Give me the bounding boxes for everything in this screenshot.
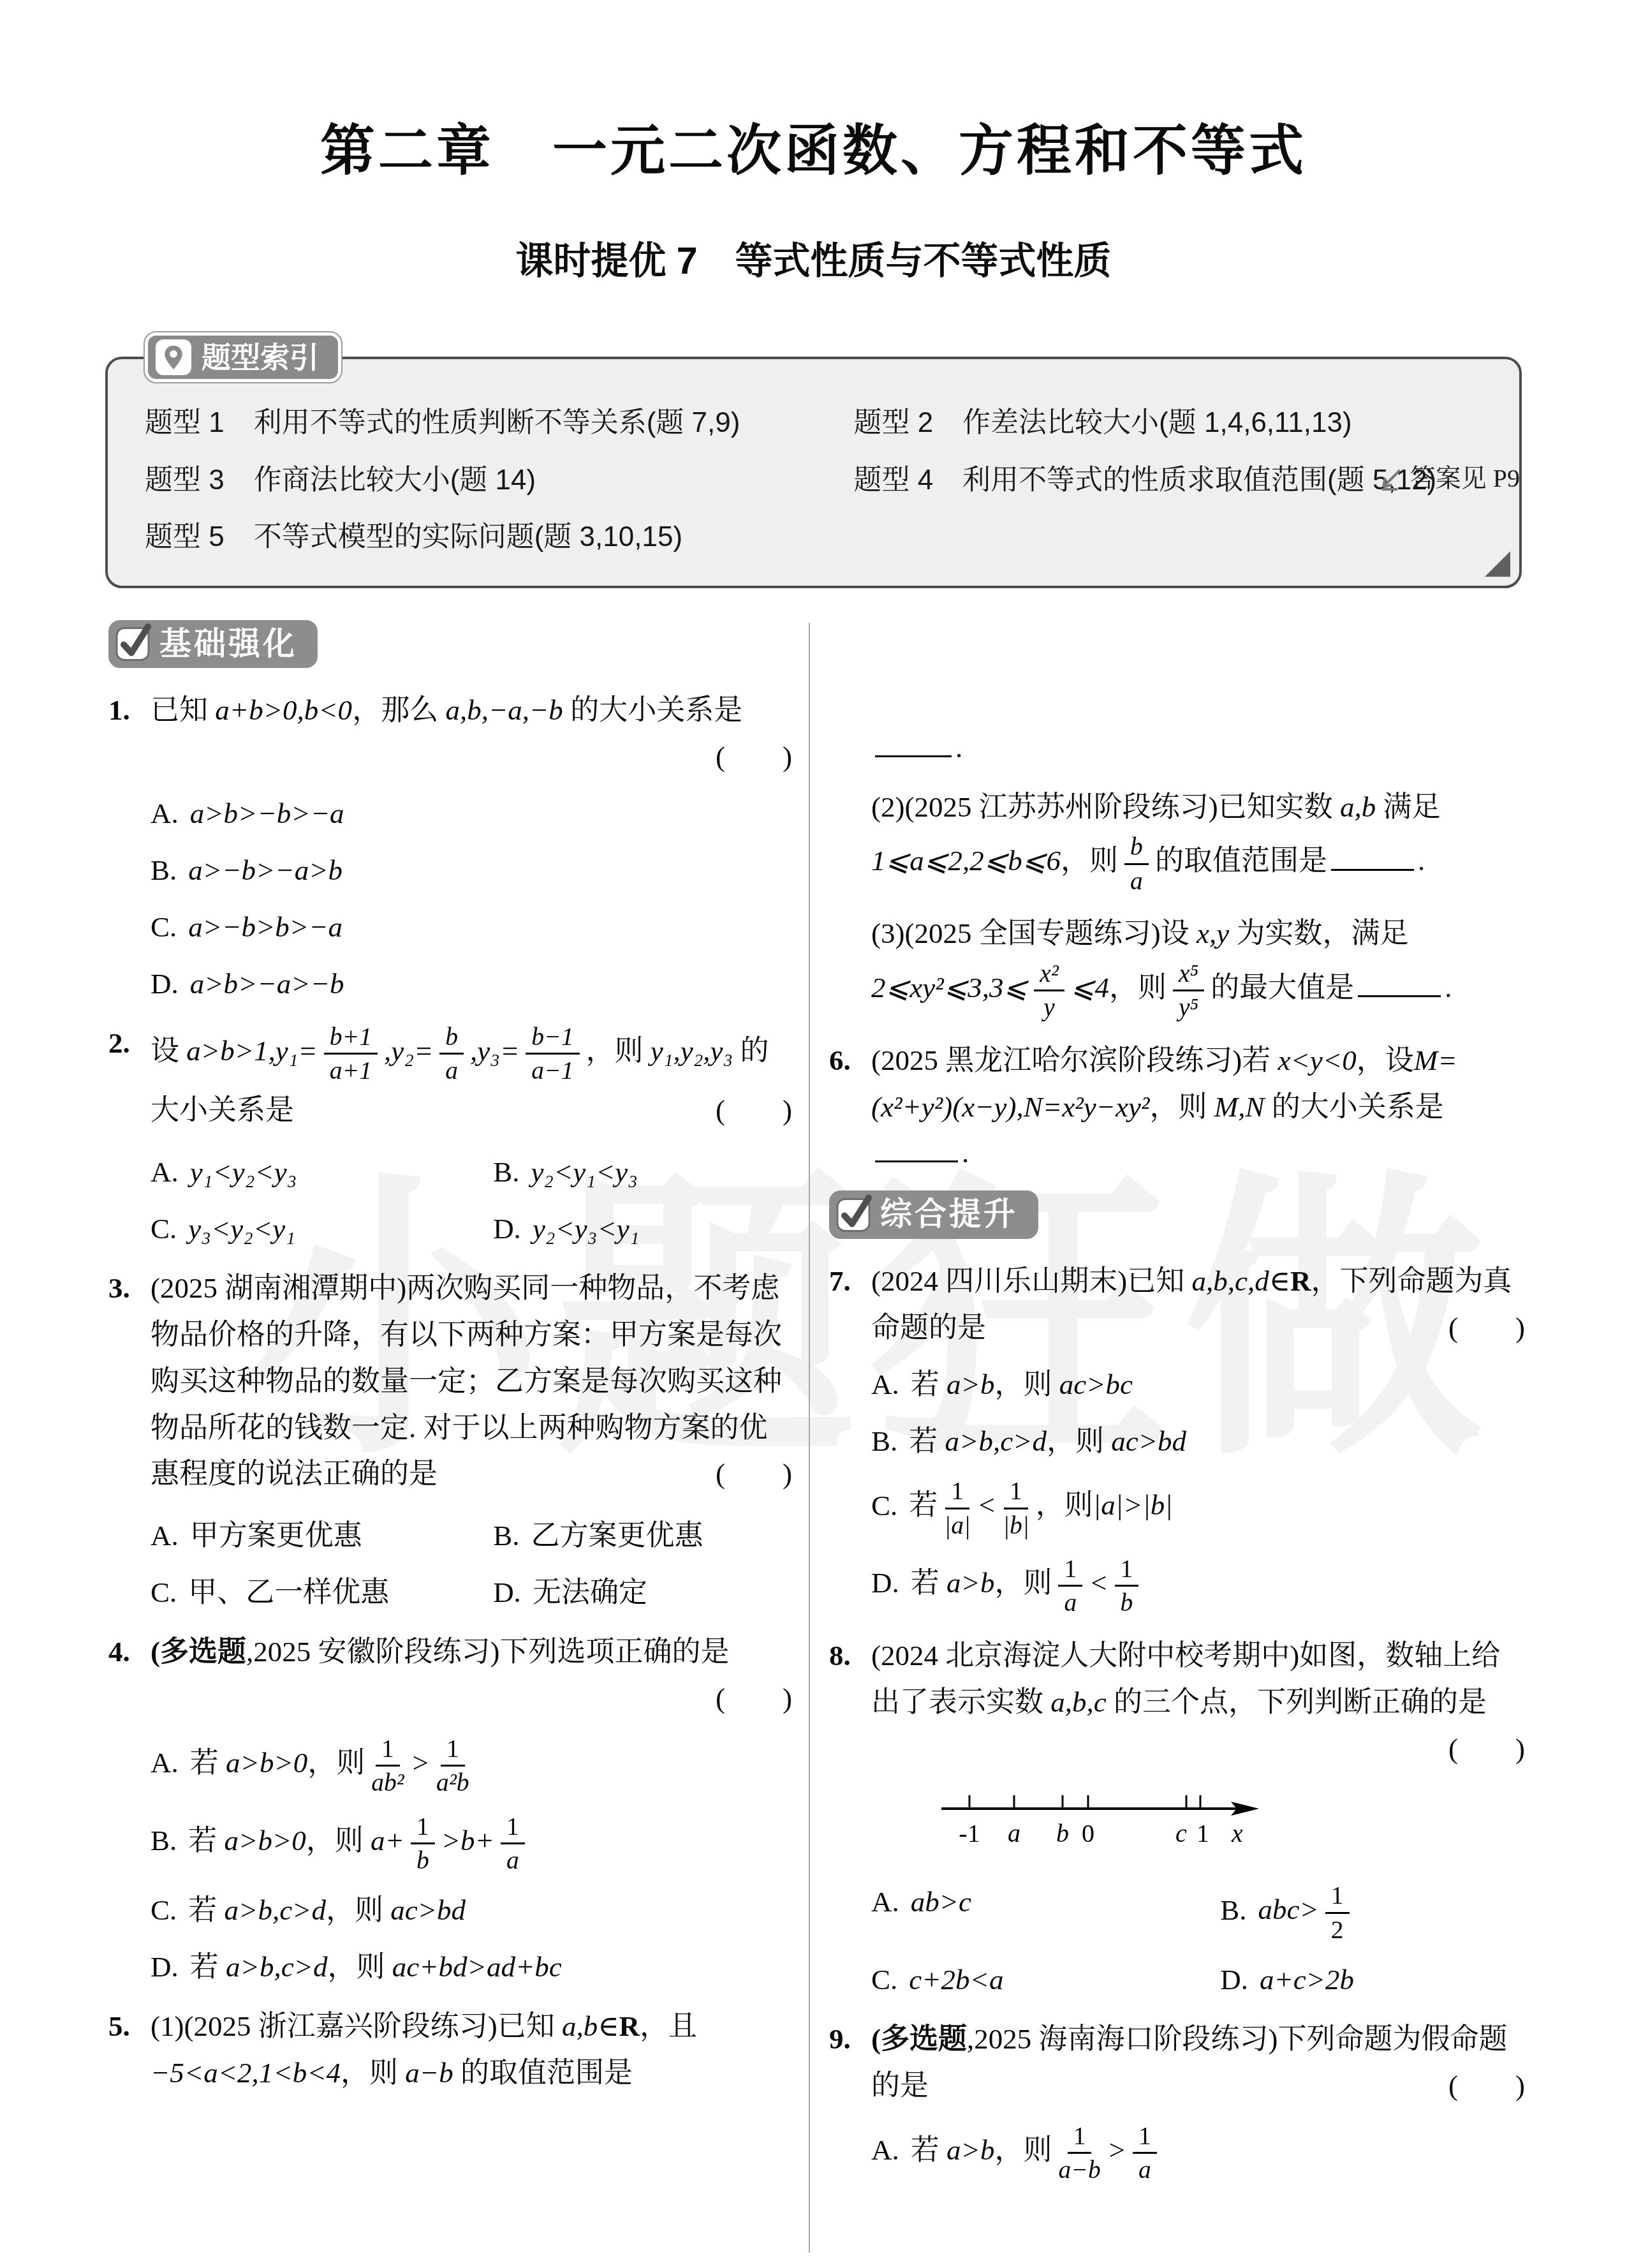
answer-ref: 答案见 P9 [1378, 458, 1520, 500]
options: A.若 a>b，则 ac>bcB.若 a>b,c>d，则 ac>bdC.若1|a… [871, 1361, 1525, 1620]
problem-stem: (3)(2025 全国专题练习)设 x,y 为实数，满足 2⩽xy²⩽3,3⩽x… [871, 910, 1525, 1025]
problem-stem: (2)(2025 江苏苏州阶段练习)已知实数 a,b 满足1⩽a⩽2,2⩽b⩽6… [871, 784, 1525, 898]
option-label: D. [493, 1213, 521, 1245]
text: . [955, 732, 962, 764]
math: x,y [1196, 917, 1229, 949]
problem-body: (2024 北京海淀人大附中校考期中)如图，数轴上给出了表示实数 a,b,c 的… [871, 1633, 1525, 2003]
math: a>b,c>d [225, 1894, 326, 1926]
math: −5<a<2,1<b<4 [151, 2057, 341, 2089]
option-label: D. [493, 1576, 521, 1608]
problem-number [829, 910, 871, 1025]
fraction: 1|a| [944, 1477, 971, 1539]
text: ，则 [341, 2057, 405, 2089]
text: 的取值范围是 [453, 2057, 633, 2089]
text: . [1445, 972, 1452, 1004]
problem-5: 5.(1)(2025 浙江嘉兴阶段练习)已知 a,b∈R，且−5<a<2,1<b… [108, 2003, 792, 2096]
option-label: B. [871, 1425, 897, 1457]
problem-5-part-1-blank: . [829, 725, 1525, 771]
text: 为实数，满足 [1229, 917, 1408, 949]
text: 无法确定 [533, 1576, 647, 1608]
problem-number: 9. [829, 2016, 871, 2186]
numberline-label: 1 [1196, 1819, 1209, 1848]
problem-body: (多选题,2025 海南海口阶段练习)下列命题为假命题的是( )A.若 a>b，… [871, 2016, 1525, 2186]
numberline-label: x [1231, 1819, 1243, 1848]
option-problem-1-B: B.a>−b>−a>b [151, 847, 792, 894]
option-problem-3-B: B.乙方案更优惠 [493, 1513, 792, 1559]
option-problem-4-A: A.若 a>b>0，则1ab²>1a²b [151, 1732, 792, 1800]
problem-body: (2)(2025 江苏苏州阶段练习)已知实数 a,b 满足1⩽a⩽2,2⩽b⩽6… [871, 784, 1525, 898]
text: ,2025 安徽阶段练习)下列选项正确的是 [246, 1636, 730, 1668]
option-problem-4-D: D.若 a>b,c>d，则 ac+bd>ad+bc [151, 1944, 792, 1990]
math: ac>bd [390, 1894, 466, 1926]
option-label: B. [493, 1520, 519, 1552]
column-divider [809, 623, 810, 2253]
text: ,2025 海南海口阶段练习)下列命题为假命题的是 [871, 2023, 1508, 2101]
answer-paren: ( ) [716, 1675, 792, 1722]
section-badge-basic: 基础强化 [108, 620, 318, 669]
text: ，设 [1357, 1044, 1414, 1076]
text: ，则 [994, 2134, 1052, 2166]
options: A.甲方案更优惠B.乙方案更优惠C.甲、乙一样优惠D.无法确定 [151, 1502, 792, 1616]
option-problem-2-C: C.y₃<y₂<y₁ [151, 1206, 485, 1252]
text: 若 [911, 1567, 946, 1599]
answer-paren: ( ) [1448, 1726, 1525, 1772]
text: ，则 [1109, 972, 1167, 1004]
problem-body: (多选题,2025 安徽阶段练习)下列选项正确的是( )A.若 a>b>0，则1… [151, 1629, 792, 1990]
problem-number [829, 725, 871, 771]
option-label: C. [151, 1576, 177, 1608]
math: a>b>0 [226, 1747, 307, 1779]
option-label: C. [151, 911, 177, 943]
option-problem-4-B: B.若 a>b>0，则 a+1b>b+1a [151, 1810, 792, 1878]
text: ，则 [994, 1567, 1052, 1599]
answer-blank [1358, 970, 1441, 998]
problem-stem: 设 a>b>1,y₁=b+1a+1,y₂=ba,y₃=b−1a−1，则 y₁,y… [151, 1020, 792, 1134]
math: abc> [1258, 1894, 1318, 1926]
option-label: D. [151, 1951, 179, 1983]
problem-2: 2.设 a>b>1,y₁=b+1a+1,y₂=ba,y₃=b−1a−1，则 y₁… [108, 1020, 792, 1252]
math: a>b,c>d [945, 1425, 1047, 1457]
text: 满足 [1376, 791, 1440, 823]
math: a>b [946, 1368, 994, 1400]
text: 甲、乙一样优惠 [188, 1576, 389, 1608]
option-label: C. [871, 1964, 897, 1996]
math: a>−b>−a>b [188, 854, 342, 886]
section-badge-label: 综合提升 [880, 1196, 1018, 1233]
index-item: 题型 3作商法比较大小(题 14) [145, 461, 853, 499]
problem-8: 8.(2024 北京海淀人大附中校考期中)如图，数轴上给出了表示实数 a,b,c… [829, 1633, 1525, 2003]
text: (2025 湖南湘潭期中)两次购买同一种物品，不考虑物品价格的升降，有以下两种方… [151, 1272, 782, 1490]
problem-stem: (多选题,2025 海南海口阶段练习)下列命题为假命题的是( ) [871, 2016, 1525, 2109]
math: a+ [371, 1825, 404, 1857]
text: 的大小关系是 [1264, 1091, 1443, 1123]
page-title: 第二章 一元二次函数、方程和不等式 [0, 121, 1627, 182]
math: c+2b<a [909, 1964, 1003, 1996]
option-problem-3-C: C.甲、乙一样优惠 [151, 1569, 485, 1616]
option-label: D. [151, 968, 179, 1000]
text: 若 [909, 1490, 938, 1522]
option-label: B. [1220, 1894, 1246, 1926]
math: ,y₂= [384, 1035, 433, 1067]
text: 若 [190, 1747, 226, 1779]
index-item-desc: 作商法比较大小(题 14) [254, 461, 536, 499]
math: > [1107, 2134, 1126, 2166]
math: ⩽4 [1071, 972, 1109, 1004]
answer-paren: ( ) [1448, 2063, 1525, 2109]
problem-stem: 已知 a+b>0,b<0，那么 a,b,−a,−b 的大小关系是( ) [151, 687, 792, 780]
check-icon-wrap [115, 622, 153, 663]
math: a+c>2b [1260, 1964, 1354, 1996]
answer-blank [1331, 843, 1414, 871]
pin-icon [156, 339, 191, 375]
math: < [977, 1490, 996, 1522]
fraction: b+1a+1 [324, 1023, 378, 1085]
index-item-label: 题型 1 [145, 404, 225, 441]
option-label: B. [151, 1825, 177, 1857]
math: x<y<0 [1277, 1044, 1356, 1076]
index-item-desc: 利用不等式的性质求取值范围(题 5,12) [962, 461, 1436, 499]
check-icon [836, 1193, 874, 1234]
index-item-label: 题型 4 [853, 461, 933, 499]
option-label: C. [871, 1490, 897, 1522]
numberline-figure-wrap: -1ab0c1x [932, 1783, 1525, 1864]
problem-number: 8. [829, 1633, 871, 2003]
fraction: 12 [1325, 1881, 1350, 1944]
text: 若 [188, 1894, 224, 1926]
option-label: A. [151, 797, 179, 829]
text: ，则 [994, 1368, 1059, 1400]
index-item-desc: 利用不等式的性质判断不等关系(题 7,9) [254, 404, 740, 441]
text: 若 [190, 1951, 226, 1983]
index-item-desc: 不等式模型的实际问题(题 3,10,15) [254, 518, 682, 556]
fraction: b−1a−1 [526, 1023, 579, 1085]
option-label: A. [871, 2134, 899, 2166]
text: ，则 [306, 1825, 371, 1857]
index-item-label: 题型 2 [853, 404, 933, 441]
math: ∈ [1269, 1265, 1290, 1297]
index-item-label: 题型 3 [145, 461, 225, 499]
text: . [1418, 845, 1425, 877]
left-column: 基础强化1.已知 a+b>0,b<0，那么 a,b,−a,−b 的大小关系是( … [108, 619, 792, 2109]
text: ，则 [307, 1747, 365, 1779]
text: (2)(2025 江苏苏州阶段练习)已知实数 [871, 791, 1340, 823]
index-box: 题型索引 题型 1利用不等式的性质判断不等关系(题 7,9)题型 3作商法比较大… [105, 357, 1522, 588]
option-problem-3-D: D.无法确定 [493, 1569, 792, 1616]
problem-5-part-3: (3)(2025 全国专题练习)设 x,y 为实数，满足 2⩽xy²⩽3,3⩽x… [829, 910, 1525, 1025]
worksheet-page: 小题狂做 第二章 一元二次函数、方程和不等式 课时提优 7 等式性质与不等式性质… [0, 0, 1627, 2268]
math: a−b [405, 2057, 453, 2089]
text: (2025 黑龙江哈尔滨阶段练习)若 [871, 1044, 1277, 1076]
bold-text: (多选题 [871, 2023, 967, 2055]
math: a,b,c [1050, 1686, 1106, 1718]
math: a,b [1340, 791, 1376, 823]
option-problem-1-A: A.a>b>−b>−a [151, 790, 792, 837]
math: M,N [1214, 1091, 1265, 1123]
text: 乙方案更优惠 [531, 1520, 703, 1552]
math: a+b>0,b<0 [215, 694, 352, 726]
problem-number: 5. [108, 2003, 151, 2096]
text: ，则 [1061, 845, 1118, 877]
option-label: B. [151, 854, 177, 886]
math: a>b>−b>−a [190, 797, 344, 829]
text: 若 [911, 2134, 946, 2166]
index-tab-label: 题型索引 [202, 341, 319, 374]
option-label: B. [493, 1156, 519, 1188]
text: ，则 [1149, 1091, 1214, 1123]
problem-body: . [871, 725, 1525, 771]
fraction: 1ab² [371, 1735, 404, 1797]
option-label: C. [151, 1213, 177, 1245]
text: 若 [909, 1425, 945, 1457]
math: ab>c [911, 1886, 971, 1918]
option-label: D. [1220, 1964, 1248, 1996]
option-problem-7-B: B.若 a>b,c>d，则 ac>bd [871, 1418, 1525, 1465]
index-item: 题型 5不等式模型的实际问题(题 3,10,15) [145, 518, 853, 556]
fraction: 1a [501, 1812, 525, 1875]
problem-stem: (2024 北京海淀人大附中校考期中)如图，数轴上给出了表示实数 a,b,c 的… [871, 1633, 1525, 1772]
text: (1)(2025 浙江嘉兴阶段练习)已知 [151, 2010, 562, 2042]
option-problem-2-B: B.y₂<y₁<y₃ [493, 1149, 792, 1196]
problem-stem: . [871, 725, 1525, 771]
option-label: A. [151, 1747, 179, 1779]
answer-paren: ( ) [716, 1087, 792, 1134]
problem-1: 1.已知 a+b>0,b<0，那么 a,b,−a,−b 的大小关系是( )A.a… [108, 687, 792, 1007]
fraction: 1a [1058, 1555, 1082, 1617]
text: ，则 [1047, 1425, 1111, 1457]
option-problem-3-A: A.甲方案更优惠 [151, 1513, 485, 1559]
problem-9: 9.(多选题,2025 海南海口阶段练习)下列命题为假命题的是( )A.若 a>… [829, 2016, 1525, 2186]
answer-paren: ( ) [716, 734, 792, 780]
math: a>b,c>d [226, 1951, 327, 1983]
option-problem-7-A: A.若 a>b，则 ac>bc [871, 1361, 1525, 1408]
answer-paren: ( ) [1448, 1305, 1525, 1351]
index-item-label: 题型 5 [145, 518, 225, 556]
numberline-figure: -1ab0c1x [932, 1783, 1264, 1849]
math: y₁,y₂,y₃ [651, 1035, 733, 1067]
page-subtitle: 课时提优 7 等式性质与不等式性质 [0, 241, 1627, 282]
fraction: 1|b| [1003, 1477, 1029, 1539]
text: 已知 [151, 694, 215, 726]
problem-body: 已知 a+b>0,b<0，那么 a,b,−a,−b 的大小关系是( )A.a>b… [151, 687, 792, 1007]
problem-number: 1. [108, 687, 151, 1007]
numberline-label: c [1175, 1819, 1187, 1848]
text: (2024 四川乐山期末)已知 [871, 1265, 1191, 1297]
option-problem-8-B: B.abc>12 [1220, 1879, 1525, 1946]
math: a>b>1,y₁= [186, 1035, 317, 1067]
problem-stem: (多选题,2025 安徽阶段练习)下列选项正确的是( ) [151, 1629, 792, 1722]
math: y₂<y₁<y₃ [531, 1156, 638, 1188]
fraction: 1a−b [1058, 2122, 1100, 2184]
math: y₃<y₂<y₁ [188, 1213, 295, 1245]
fraction: x²y [1034, 960, 1064, 1022]
option-problem-8-C: C.c+2b<a [871, 1957, 1212, 2003]
fraction: 1a [1133, 2122, 1157, 2184]
problem-stem: (2025 湖南湘潭期中)两次购买同一种物品，不考虑物品价格的升降，有以下两种方… [151, 1265, 792, 1497]
math: < [1089, 1567, 1108, 1599]
option-problem-1-D: D.a>b>−a>−b [151, 961, 792, 1007]
options: A.若 a>b，则1a−b>1a [871, 2119, 1525, 2187]
answer-blank [875, 729, 952, 757]
problem-3: 3.(2025 湖南湘潭期中)两次购买同一种物品，不考虑物品价格的升降，有以下两… [108, 1265, 792, 1616]
option-label: A. [871, 1886, 899, 1918]
text: ，则 [326, 1894, 390, 1926]
right-column: .(2)(2025 江苏苏州阶段练习)已知实数 a,b 满足1⩽a⩽2,2⩽b⩽… [829, 619, 1525, 2200]
text: ，则 [1036, 1490, 1093, 1522]
math: a>b [946, 2134, 994, 2166]
section-badge-advanced: 综合提升 [829, 1190, 1038, 1239]
math: ac>bc [1059, 1368, 1133, 1400]
option-problem-2-A: A.y₁<y₂<y₃ [151, 1149, 485, 1196]
math: a>b [946, 1567, 994, 1599]
fraction: ba [439, 1023, 464, 1085]
problem-body: (2024 四川乐山期末)已知 a,b,c,d∈R，下列命题为真命题的是( )A… [871, 1258, 1525, 1620]
text: 的三个点，下列判断正确的是 [1107, 1686, 1487, 1718]
fraction: 1a²b [436, 1735, 469, 1797]
option-label: D. [871, 1567, 899, 1599]
text: 的大小关系是 [563, 694, 742, 726]
text: 的取值范围是 [1155, 845, 1327, 877]
text: ，则 [327, 1951, 392, 1983]
text: . [962, 1137, 969, 1169]
math: ∈ [598, 2010, 619, 2042]
problem-body: (2025 黑龙江哈尔滨阶段练习)若 x<y<0，设M=(x²+y²)(x−y)… [871, 1037, 1525, 1177]
answer-paren: ( ) [716, 1451, 792, 1497]
numberline-label: b [1056, 1819, 1069, 1848]
math: a>b>0 [225, 1825, 306, 1857]
answer-ref-label: 答案见 P9 [1410, 458, 1520, 500]
text: ，则 [586, 1035, 651, 1067]
numberline-label: -1 [959, 1819, 980, 1848]
index-items: 题型 1利用不等式的性质判断不等关系(题 7,9)题型 3作商法比较大小(题 1… [145, 404, 1482, 556]
problem-5-part-2: (2)(2025 江苏苏州阶段练习)已知实数 a,b 满足1⩽a⩽2,2⩽b⩽6… [829, 784, 1525, 898]
option-label: A. [871, 1368, 899, 1400]
text: 若 [188, 1825, 224, 1857]
options: A.ab>cB.abc>12C.c+2b<aD.a+c>2b [871, 1869, 1525, 2003]
fraction: 1b [411, 1812, 435, 1875]
option-problem-9-A: A.若 a>b，则1a−b>1a [871, 2119, 1525, 2187]
math: |a|>|b| [1093, 1490, 1173, 1522]
fraction: x⁵y⁵ [1173, 960, 1204, 1022]
text: ，且 [640, 2010, 697, 2042]
fraction: 1b [1115, 1555, 1139, 1617]
check-icon [115, 622, 153, 663]
options: A.若 a>b>0，则1ab²>1a²bB.若 a>b>0，则 a+1b>b+1… [151, 1732, 792, 1990]
math: 1⩽a⩽2,2⩽b⩽6 [871, 845, 1061, 877]
problem-stem: (2025 黑龙江哈尔滨阶段练习)若 x<y<0，设M=(x²+y²)(x−y)… [871, 1037, 1525, 1177]
text: 的最大值是 [1211, 972, 1354, 1004]
option-problem-2-D: D.y₂<y₃<y₁ [493, 1206, 792, 1252]
problem-number: 3. [108, 1265, 151, 1616]
math: 2⩽xy²⩽3,3⩽ [871, 972, 1027, 1004]
math: ,y₃= [470, 1035, 519, 1067]
text: 甲方案更优惠 [190, 1520, 362, 1552]
problem-number [829, 784, 871, 898]
math: y₂<y₃<y₁ [533, 1213, 640, 1245]
option-problem-8-D: D.a+c>2b [1220, 1957, 1525, 2003]
options: A.a>b>−b>−aB.a>−b>−a>bC.a>−b>b>−aD.a>b>−… [151, 790, 792, 1007]
problem-number: 6. [829, 1037, 871, 1177]
index-item-desc: 作差法比较大小(题 1,4,6,11,13) [962, 404, 1351, 441]
option-problem-1-C: C.a>−b>b>−a [151, 904, 792, 951]
bold-math: R [1290, 1265, 1311, 1297]
option-problem-8-A: A.ab>c [871, 1879, 1212, 1946]
math: ac+bd>ad+bc [392, 1951, 562, 1983]
answer-blank [875, 1135, 958, 1163]
numberline-label: a [1008, 1819, 1020, 1848]
option-problem-7-C: C.若1|a|<1|b|，则|a|>|b| [871, 1474, 1525, 1542]
problem-6: 6.(2025 黑龙江哈尔滨阶段练习)若 x<y<0，设M=(x²+y²)(x−… [829, 1037, 1525, 1177]
bold-math: R [619, 2010, 640, 2042]
math: >b+ [441, 1825, 494, 1857]
numberline-label: 0 [1082, 1819, 1094, 1848]
index-item: 题型 1利用不等式的性质判断不等关系(题 7,9) [145, 404, 853, 441]
problem-body: (1)(2025 浙江嘉兴阶段练习)已知 a,b∈R，且−5<a<2,1<b<4… [151, 2003, 792, 2096]
math: a>b>−a>−b [190, 968, 344, 1000]
problem-body: 设 a>b>1,y₁=b+1a+1,y₂=ba,y₃=b−1a−1，则 y₁,y… [151, 1020, 792, 1252]
math: a,b,c,d [1191, 1265, 1269, 1297]
math: ac>bd [1111, 1425, 1186, 1457]
index-tab: 题型索引 [145, 332, 341, 382]
text: 设 [151, 1035, 186, 1067]
text: (3)(2025 全国专题练习)设 [871, 917, 1196, 949]
problem-stem: (1)(2025 浙江嘉兴阶段练习)已知 a,b∈R，且−5<a<2,1<b<4… [151, 2003, 792, 2096]
option-label: A. [151, 1520, 179, 1552]
answer-arrow-icon [1378, 465, 1405, 492]
option-problem-7-D: D.若 a>b，则1a<1b [871, 1552, 1525, 1620]
check-icon-wrap [836, 1193, 874, 1234]
math: y₁<y₂<y₃ [190, 1156, 297, 1188]
problem-columns: 基础强化1.已知 a+b>0,b<0，那么 a,b,−a,−b 的大小关系是( … [108, 619, 1525, 2253]
option-problem-4-C: C.若 a>b,c>d，则 ac>bd [151, 1887, 792, 1934]
fraction: ba [1124, 833, 1149, 895]
options: A.y₁<y₂<y₃B.y₂<y₁<y₃C.y₃<y₂<y₁D.y₂<y₃<y₁ [151, 1139, 792, 1252]
option-label: A. [151, 1156, 179, 1188]
math: > [411, 1747, 430, 1779]
corner-triangle-icon [1485, 551, 1510, 577]
problem-body: (3)(2025 全国专题练习)设 x,y 为实数，满足 2⩽xy²⩽3,3⩽x… [871, 910, 1525, 1025]
section-badge-label: 基础强化 [159, 626, 297, 663]
bold-text: (多选题 [151, 1636, 246, 1668]
problem-4: 4.(多选题,2025 安徽阶段练习)下列选项正确的是( )A.若 a>b>0，… [108, 1629, 792, 1990]
option-label: C. [151, 1894, 177, 1926]
text: ，那么 [352, 694, 445, 726]
problem-number: 7. [829, 1258, 871, 1620]
problem-number: 2. [108, 1020, 151, 1252]
text: 若 [911, 1368, 946, 1400]
math: a,b [562, 2010, 598, 2042]
math: a>−b>b>−a [188, 911, 342, 943]
problem-body: (2025 湖南湘潭期中)两次购买同一种物品，不考虑物品价格的升降，有以下两种方… [151, 1265, 792, 1616]
math: a,b,−a,−b [445, 694, 563, 726]
problem-number: 4. [108, 1629, 151, 1990]
problem-7: 7.(2024 四川乐山期末)已知 a,b,c,d∈R，下列命题为真命题的是( … [829, 1258, 1525, 1620]
index-item: 题型 2作差法比较大小(题 1,4,6,11,13) [853, 404, 1482, 441]
problem-stem: (2024 四川乐山期末)已知 a,b,c,d∈R，下列命题为真命题的是( ) [871, 1258, 1525, 1351]
